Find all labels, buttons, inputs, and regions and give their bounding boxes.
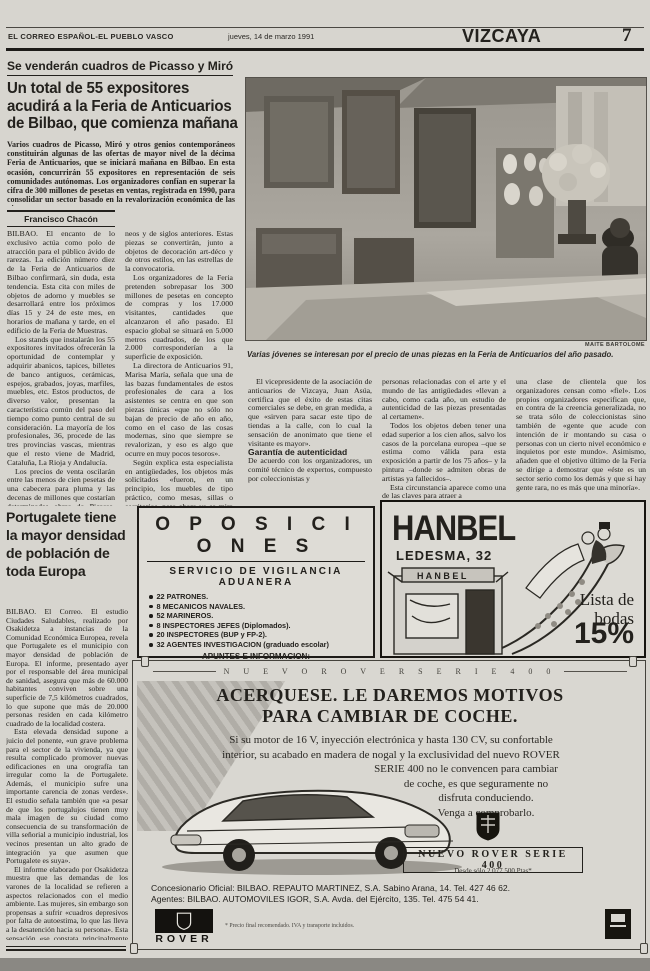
association-logo-bar: [610, 925, 626, 927]
scan-bottom-strip: [0, 958, 650, 971]
article-end-rule: [6, 946, 126, 951]
ribbon-line: [564, 671, 627, 672]
association-logo: [605, 909, 631, 939]
hanbel-ad: HANBEL LEDESMA, 32 H A N B E L: [380, 500, 646, 658]
standfirst: Varios cuadros de Picasso, Miró y otros …: [7, 140, 235, 206]
paragraph: BILBAO. El encanto de lo exclusivo actúa…: [7, 230, 115, 336]
list-item: 8 MECANICOS NAVALES.: [147, 602, 365, 612]
list-item-label: 20 INSPECTORES (BUP y FP-2).: [157, 630, 267, 640]
bullet-icon: [149, 633, 153, 637]
list-item: 22 PATRONES.: [147, 592, 365, 602]
main-headline: Un total de 55 expositores acudirá a la …: [7, 80, 242, 133]
oposiciones-title: O P O S I C I O N E S: [147, 514, 365, 558]
masthead-top-rule: [6, 27, 644, 28]
dealer-line-2: Agentes: BILBAO. AUTOMOVILES IGOR, S.A. …: [151, 894, 641, 905]
rover-badge-icon: [475, 811, 501, 841]
edition-date: jueves, 14 de marzo 1991: [228, 32, 314, 41]
bullet-icon: [149, 624, 153, 628]
portugalete-headline: Portugalete tiene la mayor densidad de p…: [6, 508, 130, 580]
discount-value: 15%: [544, 620, 634, 648]
oposiciones-ad: O P O S I C I O N E S SERVICIO DE VIGILA…: [137, 506, 375, 658]
newspaper-name: EL CORREO ESPAÑOL-EL PUEBLO VASCO: [8, 32, 174, 41]
bullet-icon: [149, 614, 153, 618]
list-item-label: 8 MECANICOS NAVALES.: [157, 602, 246, 612]
photo-caption: Varias jóvenes se interesan por el preci…: [247, 350, 645, 359]
article-column-1: BILBAO. El encanto de lo exclusivo actúa…: [7, 230, 115, 506]
rover-logo: ROVER: [155, 909, 213, 945]
list-item: 8 INSPECTORES JEFES (Diplomados).: [147, 621, 365, 631]
oposiciones-subtitle: SERVICIO DE VIGILANCIA ADUANERA: [147, 566, 365, 588]
frame-corner: [629, 656, 637, 667]
paragraph: neos y de siglos anteriores. Estas pieza…: [125, 230, 233, 274]
list-item: 52 MARINEROS.: [147, 611, 365, 621]
kicker: Se venderán cuadros de Picasso y Miró: [7, 59, 233, 76]
paragraph: El informe elaborado por Osakidetza mues…: [6, 866, 128, 940]
portugalete-body: BILBAO. El Correo. El estudio Ciudades S…: [6, 608, 128, 940]
section-title: VIZCAYA: [462, 26, 541, 47]
paragraph: Los stands que instalarán los 55 exposit…: [7, 336, 115, 468]
masthead-bottom-rule: [6, 48, 644, 51]
association-logo-mark: [611, 914, 625, 922]
rover-shield-icon: [176, 912, 192, 930]
paragraph: Esta circunstancia aparece como una de l…: [382, 484, 506, 502]
body-line: Si su motor de 16 V, inyección electróni…: [181, 733, 601, 748]
article-column-2: neos y de siglos anteriores. Estas pieza…: [125, 230, 233, 506]
ribbon-text: N U E V O R O V E R S E R I E 4 0 0: [224, 667, 557, 676]
rover-ad: N U E V O R O V E R S E R I E 4 0 0 ACER…: [132, 660, 646, 950]
rover-ribbon: N U E V O R O V E R S E R I E 4 0 0: [153, 667, 627, 676]
article-column-4: personas relacionadas con el arte y el m…: [382, 378, 506, 506]
paragraph: Todos los objetos deben tener una edad s…: [382, 422, 506, 484]
article-column-3: El vicepresidente de la asociación de an…: [248, 378, 372, 506]
list-item-label: 8 INSPECTORES JEFES (Diplomados).: [157, 621, 291, 631]
paragraph: La directora de Anticuarios 91, Marisa M…: [125, 362, 233, 459]
rover-headline-line1: ACERQUESE. LE DAREMOS MOTIVOS: [173, 685, 607, 706]
paragraph: De acuerdo con los organizadores, un com…: [248, 457, 372, 483]
bullet-icon: [149, 595, 153, 599]
rover-headline-line2: PARA CAMBIAR DE COCHE.: [173, 706, 607, 727]
list-item: 32 AGENTES INVESTIGACION (graduado escol…: [147, 640, 365, 650]
divider: [147, 561, 365, 562]
paragraph: El vicepresidente de la asociación de an…: [248, 378, 372, 448]
frame-corner: [640, 943, 648, 954]
rover-logo-box: [155, 909, 213, 933]
paragraph: Según explica esta especialista en antig…: [125, 459, 233, 506]
paragraph: una clase de clientela que los organizad…: [516, 378, 646, 492]
frame-corner: [130, 943, 138, 954]
list-item: 20 INSPECTORES (BUP y FP-2).: [147, 630, 365, 640]
rover-headline: ACERQUESE. LE DAREMOS MOTIVOS PARA CAMBI…: [173, 685, 607, 727]
photo-credit: MAITE BARTOLOME: [245, 342, 645, 348]
bullet-icon: [149, 605, 153, 609]
frame-corner: [141, 656, 149, 667]
article-column-5: una clase de clientela que los organizad…: [516, 378, 646, 506]
fine-print: * Precio final recomendado. IVA y transp…: [225, 923, 445, 929]
antiques-fair-photo-illustration: [246, 78, 646, 340]
ribbon-line: [153, 671, 216, 672]
hanbel-sign-text: H A N B E L: [417, 571, 467, 581]
body-line: interior, su acabado en madera de nogal …: [181, 748, 601, 763]
news-photo: [245, 77, 647, 341]
rover-price: Desde sólo 2.077.500 Ptas*: [403, 867, 583, 875]
list-item-label: 32 AGENTES INVESTIGACION (graduado escol…: [157, 640, 329, 650]
page-number: 7: [622, 25, 632, 47]
paragraph: BILBAO. El Correo. El estudio Ciudades S…: [6, 608, 128, 728]
list-item-label: 22 PATRONES.: [157, 592, 209, 602]
paragraph: Los organizadores de la Feria pretenden …: [125, 274, 233, 362]
dealer-line-1: Concesionario Oficial: BILBAO. REPAUTO M…: [151, 883, 641, 894]
rover-logo-text: ROVER: [155, 933, 213, 945]
paragraph: personas relacionadas con el arte y el m…: [382, 378, 506, 422]
paragraph: Los precios de venta oscilarán entre las…: [7, 468, 115, 506]
list-item-label: 52 MARINEROS.: [157, 611, 214, 621]
bullet-icon: [149, 643, 153, 647]
kicker-wrap: Se venderán cuadros de Picasso y Miró: [7, 57, 233, 76]
byline: Francisco Chacón: [7, 210, 115, 227]
body-line: SERIE 400 no le convencen para cambiar: [181, 762, 601, 777]
paragraph: Esta elevada densidad supone a juicio de…: [6, 728, 128, 866]
newspaper-page: EL CORREO ESPAÑOL-EL PUEBLO VASCO jueves…: [0, 0, 650, 971]
